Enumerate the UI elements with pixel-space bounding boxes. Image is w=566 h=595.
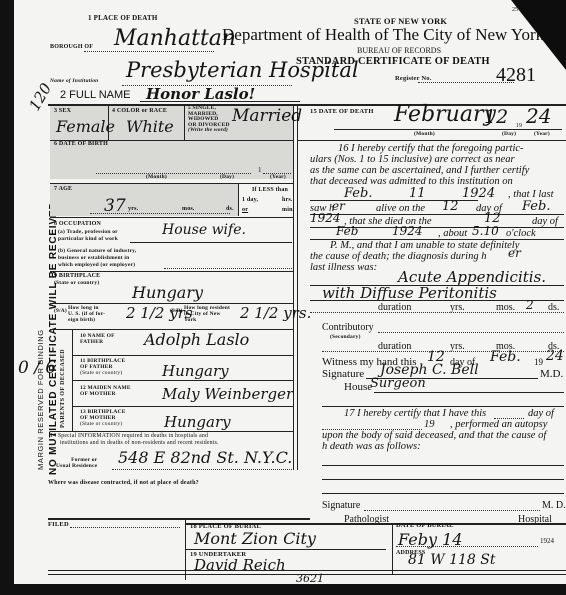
death-certificate: 120 MARGIN RESERVED FOR BINDING NO MUTIL… — [14, 0, 566, 584]
department-heading: Department of Health of The City of New … — [222, 25, 544, 45]
death-month-value: February — [394, 102, 496, 127]
death-day-value: 12 — [484, 106, 508, 128]
mother-birthplace-value: Hungary — [164, 413, 231, 431]
father-birthplace-value: Hungary — [162, 362, 229, 380]
bureau-heading: BUREAU OF RECORDS — [357, 46, 441, 55]
birthplace-label: 9 BIRTHPLACE — [54, 273, 100, 279]
occupation-value: House wife. — [162, 222, 246, 238]
color-value: White — [126, 117, 174, 136]
sex-label: 3 SEX — [54, 108, 71, 114]
institution-value: Presbyterian Hospital — [126, 58, 359, 82]
mother-maiden-name-value: Maly Weinberger — [162, 385, 293, 403]
usual-residence-value: 548 E 82nd St. N.Y.C. — [118, 448, 292, 467]
died-month: Feb — [336, 224, 358, 238]
house-position: Surgeon — [370, 376, 426, 391]
autopsy-signature-label: Signature — [322, 500, 360, 511]
full-name-label: 2 FULL NAME — [60, 89, 131, 101]
admitted-month: Feb. — [344, 186, 372, 201]
contributory-label: Contributory — [322, 322, 374, 333]
undertaker-value: David Reich — [194, 556, 286, 574]
alive-day: 12 — [442, 199, 459, 214]
house-label: House — [344, 381, 372, 393]
sex-value: Female — [56, 117, 115, 136]
signature-label: Signature — [322, 368, 364, 380]
full-name-value: Honor Laslo! — [146, 85, 255, 103]
date-of-death-label: 15 DATE OF DEATH — [310, 108, 374, 115]
torn-corner — [511, 0, 566, 70]
witness-year: 24 — [546, 348, 564, 364]
died-year: 1924 — [392, 224, 423, 238]
borough-value: Manhattan — [114, 26, 236, 51]
register-label: Register No. — [395, 75, 432, 82]
disease-contracted-question: Where was disease contracted, if not at … — [48, 480, 199, 486]
dob-label: 6 DATE OF BIRTH — [54, 141, 108, 147]
filed-label: FILED — [48, 521, 69, 528]
death-time: 5.10 — [472, 224, 499, 238]
death-year-value: 24 — [526, 104, 551, 128]
father-name-value: Adolph Laslo — [144, 330, 249, 349]
place-of-death-label: 1 PLACE OF DEATH — [88, 14, 158, 22]
marital-value: Married — [232, 106, 302, 126]
admitted-day: 11 — [409, 186, 426, 201]
birthplace-value: Hungary — [132, 283, 203, 302]
borough-label: BOROUGH OF — [50, 44, 93, 50]
marital-label: 5 SINGLE,MARRIED,WIDOWEDOR DIVORCED(Writ… — [188, 106, 230, 134]
parents-side-label: PARENTS OF DECEASED — [60, 349, 66, 428]
burial-place-value: Mont Zion City — [194, 529, 316, 548]
occupation-label: 8 OCCUPATION — [54, 221, 101, 227]
burial-year-value: 1924 — [540, 537, 554, 545]
witness-month: Feb. — [490, 349, 521, 365]
age-label: 7 AGE — [54, 186, 72, 192]
burial-date-label: DATE OF BURIAL — [396, 522, 454, 529]
address-value: 81 W 118 St — [408, 552, 496, 568]
admitted-year: 1924 — [462, 186, 495, 201]
institution-label: Name of Institution — [50, 78, 98, 84]
color-label: 4 COLOR or RACE — [112, 108, 167, 114]
years-in-nyc-value: 2 1/2 yrs. — [240, 304, 311, 322]
margin-note-bottom: 0 / 6 — [18, 350, 56, 386]
alive-month: Feb. — [522, 199, 550, 214]
